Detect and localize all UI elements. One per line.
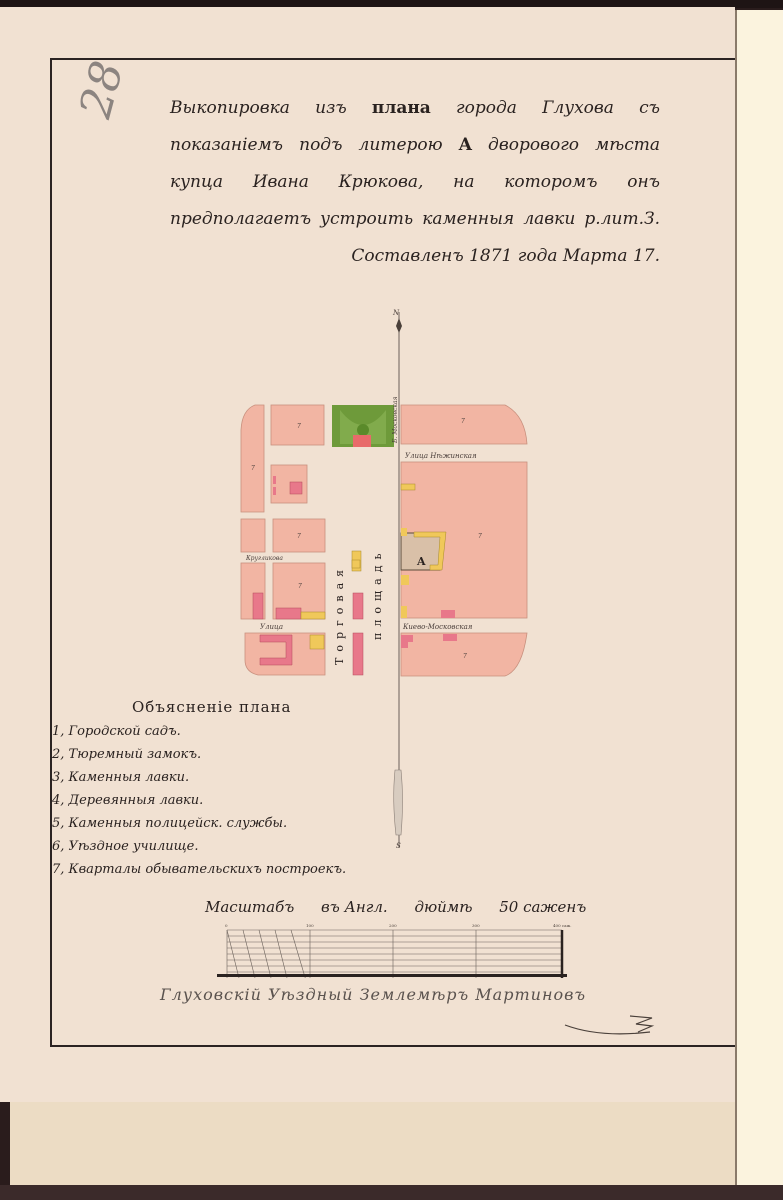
underlying-sheet [10,1095,735,1186]
stone-shops [276,608,301,619]
title-word: Глухова [542,98,614,118]
street-label-ulitsa: Улица [260,623,283,631]
block-number: 7 [298,583,302,590]
legend-item: 7, Кварталы обывательскихъ построекъ. [52,858,372,881]
legend-item: 3, Каменныя лавки. [52,766,372,789]
title-word: съ [639,98,660,118]
scale-baseline [217,974,567,977]
title-word-bold: плана [372,98,431,118]
date-line: Составленъ 1871 года Марта 17. [150,238,670,275]
wooden-building [401,528,407,536]
title-word: каменныя [422,209,514,229]
title-line-4: предполагаетъ устроить каменныя лавки р.… [150,201,670,238]
wooden-building [401,484,415,490]
stone-building [253,593,263,619]
title-word: города [456,98,517,118]
school-building [310,635,324,649]
scale-title: Масштабъ въ Англ. дюймѣ 50 саженъ [205,898,585,916]
title-word: онъ [627,172,660,192]
block-number: 7 [478,533,482,540]
legend-item: 6, Уѣздное училище. [52,835,372,858]
title-word: купца [170,172,223,192]
arrow-feather-icon [394,770,403,835]
garden-pavilion [353,435,371,447]
prison-building [290,482,302,494]
stone-building [443,634,457,641]
title-word: мѣста [595,135,660,155]
wooden-building [401,606,407,618]
block-number: 7 [251,465,255,472]
garden-bed [357,424,369,436]
title-word: дворового [488,135,579,155]
title-word: устроить [320,209,413,229]
legend-item: 1, Городской садъ. [52,720,372,743]
legend-item: 4, Деревянныя лавки. [52,789,372,812]
title-word: предполагаетъ [170,209,311,229]
legend-item: 2, Тюремный замокъ. [52,743,372,766]
scale-tick: 200 [389,923,397,928]
legend-item: 5, Каменныя полицейск. службы. [52,812,372,835]
signature-flourish-icon [560,1010,680,1040]
wooden-building [401,575,409,585]
north-marker: N [392,309,400,317]
title-word: Выкопировка [170,98,290,118]
title-word: Ивана [253,172,309,192]
title-word: которомъ [504,172,597,192]
title-word: подъ [299,135,342,155]
title-word: показаніемъ [170,135,283,155]
block-number: 7 [461,418,465,425]
title-word: р.лит.З. [584,209,660,229]
scale-tick: 0 [225,923,228,928]
legend-title: Объясненіе плана [52,698,372,716]
prison-building [273,476,276,484]
wooden-shops [352,560,360,568]
document-title: Выкопировка изъ плана города Глухова съ … [150,90,670,275]
block-number: 7 [297,533,301,540]
block-number: 7 [463,653,467,660]
block-left-1 [241,405,264,512]
wooden-shops [301,612,325,619]
scan-bottom-edge [0,1185,783,1200]
scale-tick: 300 [472,923,480,928]
square-label-ploshchad: площадь [371,548,384,641]
prison-building [273,487,276,495]
street-label-kruglikova: Кругликова [245,555,283,562]
title-word: на [453,172,474,192]
scale-tick: 100 [306,923,314,928]
stone-shops [353,593,363,619]
scale-tick: 400 саж. [553,923,571,928]
title-literal: A [459,135,472,155]
street-label-kievo-moskovskaya: Киево-Московская [402,623,473,631]
street-label-nezhinskaya: Улица Нѣжинская [405,452,477,460]
north-arrow-icon [396,318,402,333]
title-word: Крюкова, [339,172,424,192]
street-label-vertical: Б. Московская [392,396,399,444]
south-marker: S [396,842,401,850]
scale-graphic: 0 100 200 300 400 саж. [205,916,585,978]
plot-marker: A [416,555,426,568]
title-word: лавки [523,209,575,229]
title-line-2: показаніемъ подъ литерою A дворового мѣс… [150,127,670,164]
block-left-2 [241,519,265,552]
surveyor-signature: Глуховскій Уѣздный Землемѣръ Мартиновъ [160,985,586,1004]
square-label-torgovaya: Торговая [333,564,346,665]
plan-legend: Объясненіе плана 1, Городской садъ. 2, Т… [52,698,372,881]
scale-bar: Масштабъ въ Англ. дюймѣ 50 саженъ 0 100 [205,898,585,982]
stone-shops [353,633,363,675]
block-number: 7 [297,423,301,430]
title-word: литерою [359,135,443,155]
title-line-3: купца Ивана Крюкова, на которомъ онъ [150,164,670,201]
stone-building [441,610,455,618]
title-word: изъ [315,98,347,118]
adjacent-page [735,10,783,1200]
title-line-1: Выкопировка изъ плана города Глухова съ [150,90,670,127]
